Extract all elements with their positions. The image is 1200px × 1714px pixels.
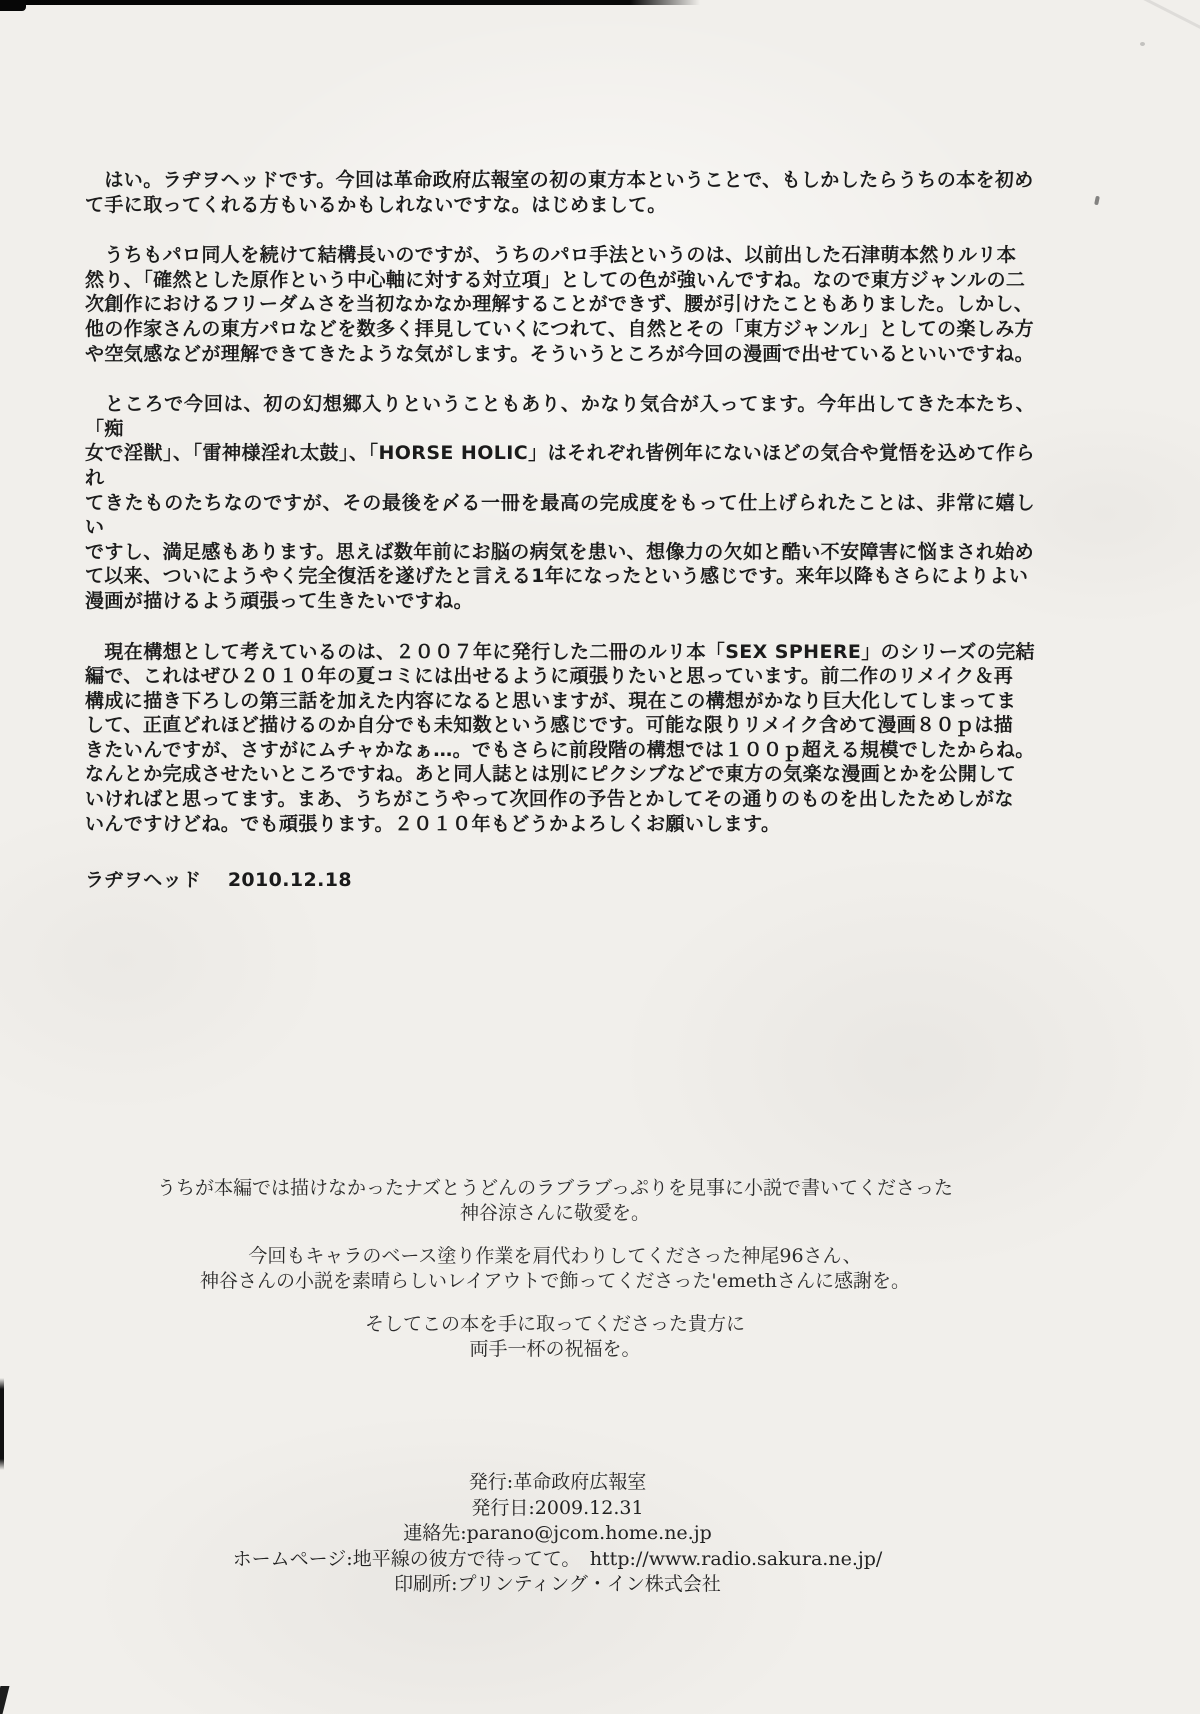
- acknowledgments-section: うちが本編では描けなかったナズとうどんのラブラブっぷりを見事に小説で書いてくださ…: [0, 1176, 1110, 1380]
- afterword-paragraph-3: ところで今回は、初の幻想郷入りということもあり、かなり気合が入ってます。今年出し…: [85, 392, 1035, 613]
- scan-artifact-topright-streak: [1031, 0, 1200, 43]
- afterword-paragraph-4: 現在構想として考えているのは、２００７年に発行した二冊のルリ本「SEX SPHE…: [85, 640, 1035, 837]
- acknowledgment-reader: そしてこの本を手に取ってくださった貴方に 両手一杯の祝福を。: [0, 1312, 1110, 1362]
- afterword-paragraph-1: はい。ラヂヲヘッドです。今回は革命政府広報室の初の東方本ということで、もしかした…: [85, 168, 1035, 217]
- colophon-publisher: 発行:革命政府広報室: [0, 1470, 1115, 1496]
- colophon-section: 発行:革命政府広報室 発行日:2009.12.31 連絡先:parano@jco…: [0, 1470, 1115, 1598]
- colophon-printer: 印刷所:プリンティング・イン株式会社: [0, 1572, 1115, 1598]
- acknowledgment-novel-author: うちが本編では描けなかったナズとうどんのラブラブっぷりを見事に小説で書いてくださ…: [0, 1176, 1110, 1226]
- afterword-paragraph-2: うちもパロ同人を続けて結構長いのですが、うちのパロ手法というのは、以前出した石津…: [85, 243, 1035, 366]
- scan-artifact-left-edge-line: [0, 1378, 4, 1470]
- scan-artifact-top-corner-mark: [0, 0, 26, 11]
- colophon-contact: 連絡先:parano@jcom.home.ne.jp: [0, 1521, 1115, 1547]
- scan-artifact-bottomleft-mark: [0, 1686, 9, 1714]
- colophon-homepage: ホームページ:地平線の彼方で待ってて。 http://www.radio.sak…: [0, 1547, 1115, 1573]
- afterword-section: はい。ラヂヲヘッドです。今回は革命政府広報室の初の東方本ということで、もしかした…: [85, 168, 1035, 919]
- scan-artifact-speck: [1140, 42, 1145, 46]
- scan-artifact-top-edge-line: [0, 0, 700, 5]
- colophon-publish-date: 発行日:2009.12.31: [0, 1496, 1115, 1522]
- author-signature-and-date: ラヂヲヘッド 2010.12.18: [85, 868, 1035, 893]
- acknowledgment-helpers: 今回もキャラのベース塗り作業を肩代わりしてくださった神尾96さん、 神谷さんの小…: [0, 1244, 1110, 1294]
- scan-artifact-speck: [1094, 196, 1100, 206]
- scanned-afterword-page: { "page": { "background_color": "#f1efeb…: [0, 0, 1200, 1714]
